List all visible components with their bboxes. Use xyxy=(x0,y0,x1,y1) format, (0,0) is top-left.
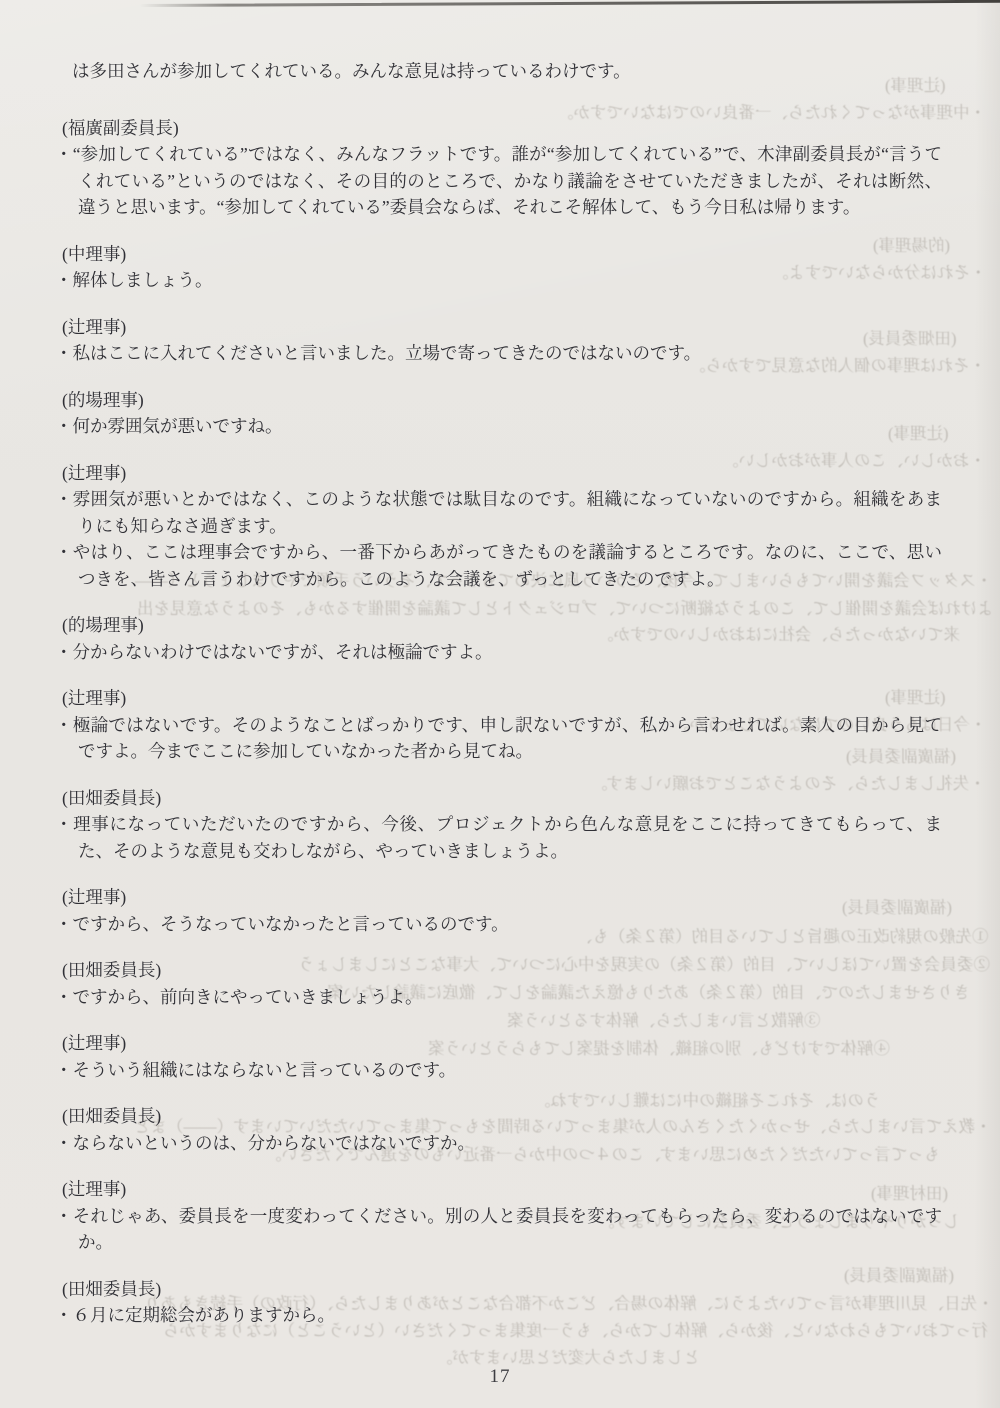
transcript-entry: (辻理事) ・ですから、そうなっていなかったと言っているのです。 xyxy=(55,884,942,937)
bleedthrough-text: としましたら大変だと思いますが。 xyxy=(436,1350,700,1367)
transcript-entry: (田畑委員長) ・ならないというのは、分からないではないですか。 xyxy=(55,1103,942,1156)
speaker-name: (辻理事) xyxy=(62,1030,942,1057)
speaker-name: (福廣副委員長) xyxy=(62,115,942,142)
statement-text: ・理事になっていただいたのですから、今後、プロジェクトから色んな意見をここに持っ… xyxy=(55,811,942,864)
speaker-name: (田畑委員長) xyxy=(62,957,942,984)
speaker-name: (辻理事) xyxy=(62,460,942,487)
statement-text: ・ですから、そうなっていなかったと言っているのです。 xyxy=(55,911,942,938)
transcript-entry: (中理事) ・解体しましょう。 xyxy=(55,241,942,294)
transcript-entry: (辻理事) ・そういう組織にはならないと言っているのです。 xyxy=(55,1030,942,1083)
transcript-entry: (田畑委員長) ・６月に定期総会がありますから。 xyxy=(55,1276,942,1329)
speaker-name: (田畑委員長) xyxy=(62,1276,942,1303)
statement-text: ・何か雰囲気が悪いですね。 xyxy=(55,413,942,440)
statement-text: ・６月に定期総会がありますから。 xyxy=(55,1302,942,1329)
scan-edge-artifact xyxy=(140,0,1000,7)
transcript-entry: (辻理事) ・極論ではないです。そのようなことばっかりです、申し訳ないですが、私… xyxy=(55,685,942,765)
speaker-name: (中理事) xyxy=(62,241,942,268)
transcript-entry: (辻理事) ・雰囲気が悪いとかではなく、このような状態では駄目なのです。組織にな… xyxy=(55,460,942,593)
speaker-name: (辻理事) xyxy=(62,884,942,911)
page-number: 17 xyxy=(0,1366,1000,1388)
transcript-entry: (福廣副委員長) ・“参加してくれている”ではなく、みんなフラットです。誰が“参… xyxy=(55,115,942,221)
transcript-entry: (田畑委員長) ・理事になっていただいたのですから、今後、プロジェクトから色んな… xyxy=(55,785,942,865)
continuation-line: は多田さんが参加してくれている。みんな意見は持っているわけです。 xyxy=(72,58,942,85)
transcript: は多田さんが参加してくれている。みんな意見は持っているわけです。 (福廣副委員長… xyxy=(55,58,942,1329)
statement-text: ・“参加してくれている”ではなく、みんなフラットです。誰が“参加してくれている”… xyxy=(55,141,942,221)
transcript-entry: (的場理事) ・分からないわけではないですが、それは極論ですよ。 xyxy=(55,612,942,665)
statement-text: ・それじゃあ、委員長を一度変わってください。別の人と委員長を変わってもらったら、… xyxy=(55,1203,942,1256)
speaker-name: (辻理事) xyxy=(62,314,942,341)
statement-text: ・極論ではないです。そのようなことばっかりです、申し訳ないですが、私から言わせれ… xyxy=(55,712,942,765)
speaker-name: (的場理事) xyxy=(62,387,942,414)
speaker-name: (田畑委員長) xyxy=(62,1103,942,1130)
speaker-name: (的場理事) xyxy=(62,612,942,639)
transcript-entry: (的場理事) ・何か雰囲気が悪いですね。 xyxy=(55,387,942,440)
speaker-name: (辻理事) xyxy=(62,1176,942,1203)
statement-text: ・分からないわけではないですが、それは極論ですよ。 xyxy=(55,639,942,666)
statement-text: ・私はここに入れてくださいと言いました。立場で寄ってきたのではないのです。 xyxy=(55,340,942,367)
speaker-name: (辻理事) xyxy=(62,685,942,712)
transcript-entry: (辻理事) ・それじゃあ、委員長を一度変わってください。別の人と委員長を変わって… xyxy=(55,1176,942,1256)
transcript-entry: (田畑委員長) ・ですから、前向きにやっていきましょうよ。 xyxy=(55,957,942,1010)
statement-text: ・そういう組織にはならないと言っているのです。 xyxy=(55,1057,942,1084)
transcript-entries: (福廣副委員長) ・“参加してくれている”ではなく、みんなフラットです。誰が“参… xyxy=(55,115,942,1329)
statement-text: ・ですから、前向きにやっていきましょうよ。 xyxy=(55,984,942,1011)
speaker-name: (田畑委員長) xyxy=(62,785,942,812)
statement-text: ・雰囲気が悪いとかではなく、このような状態では駄目なのです。組織になっていないの… xyxy=(55,486,942,539)
scanned-page: { "document": { "continuation_line": "は多… xyxy=(0,0,1000,1408)
statement-text: ・解体しましょう。 xyxy=(55,267,942,294)
statement-text: ・ならないというのは、分からないではないですか。 xyxy=(55,1130,942,1157)
statement-text: ・やはり、ここは理事会ですから、一番下からあがってきたものを議論するところです。… xyxy=(55,539,942,592)
transcript-entry: (辻理事) ・私はここに入れてくださいと言いました。立場で寄ってきたのではないの… xyxy=(55,314,942,367)
